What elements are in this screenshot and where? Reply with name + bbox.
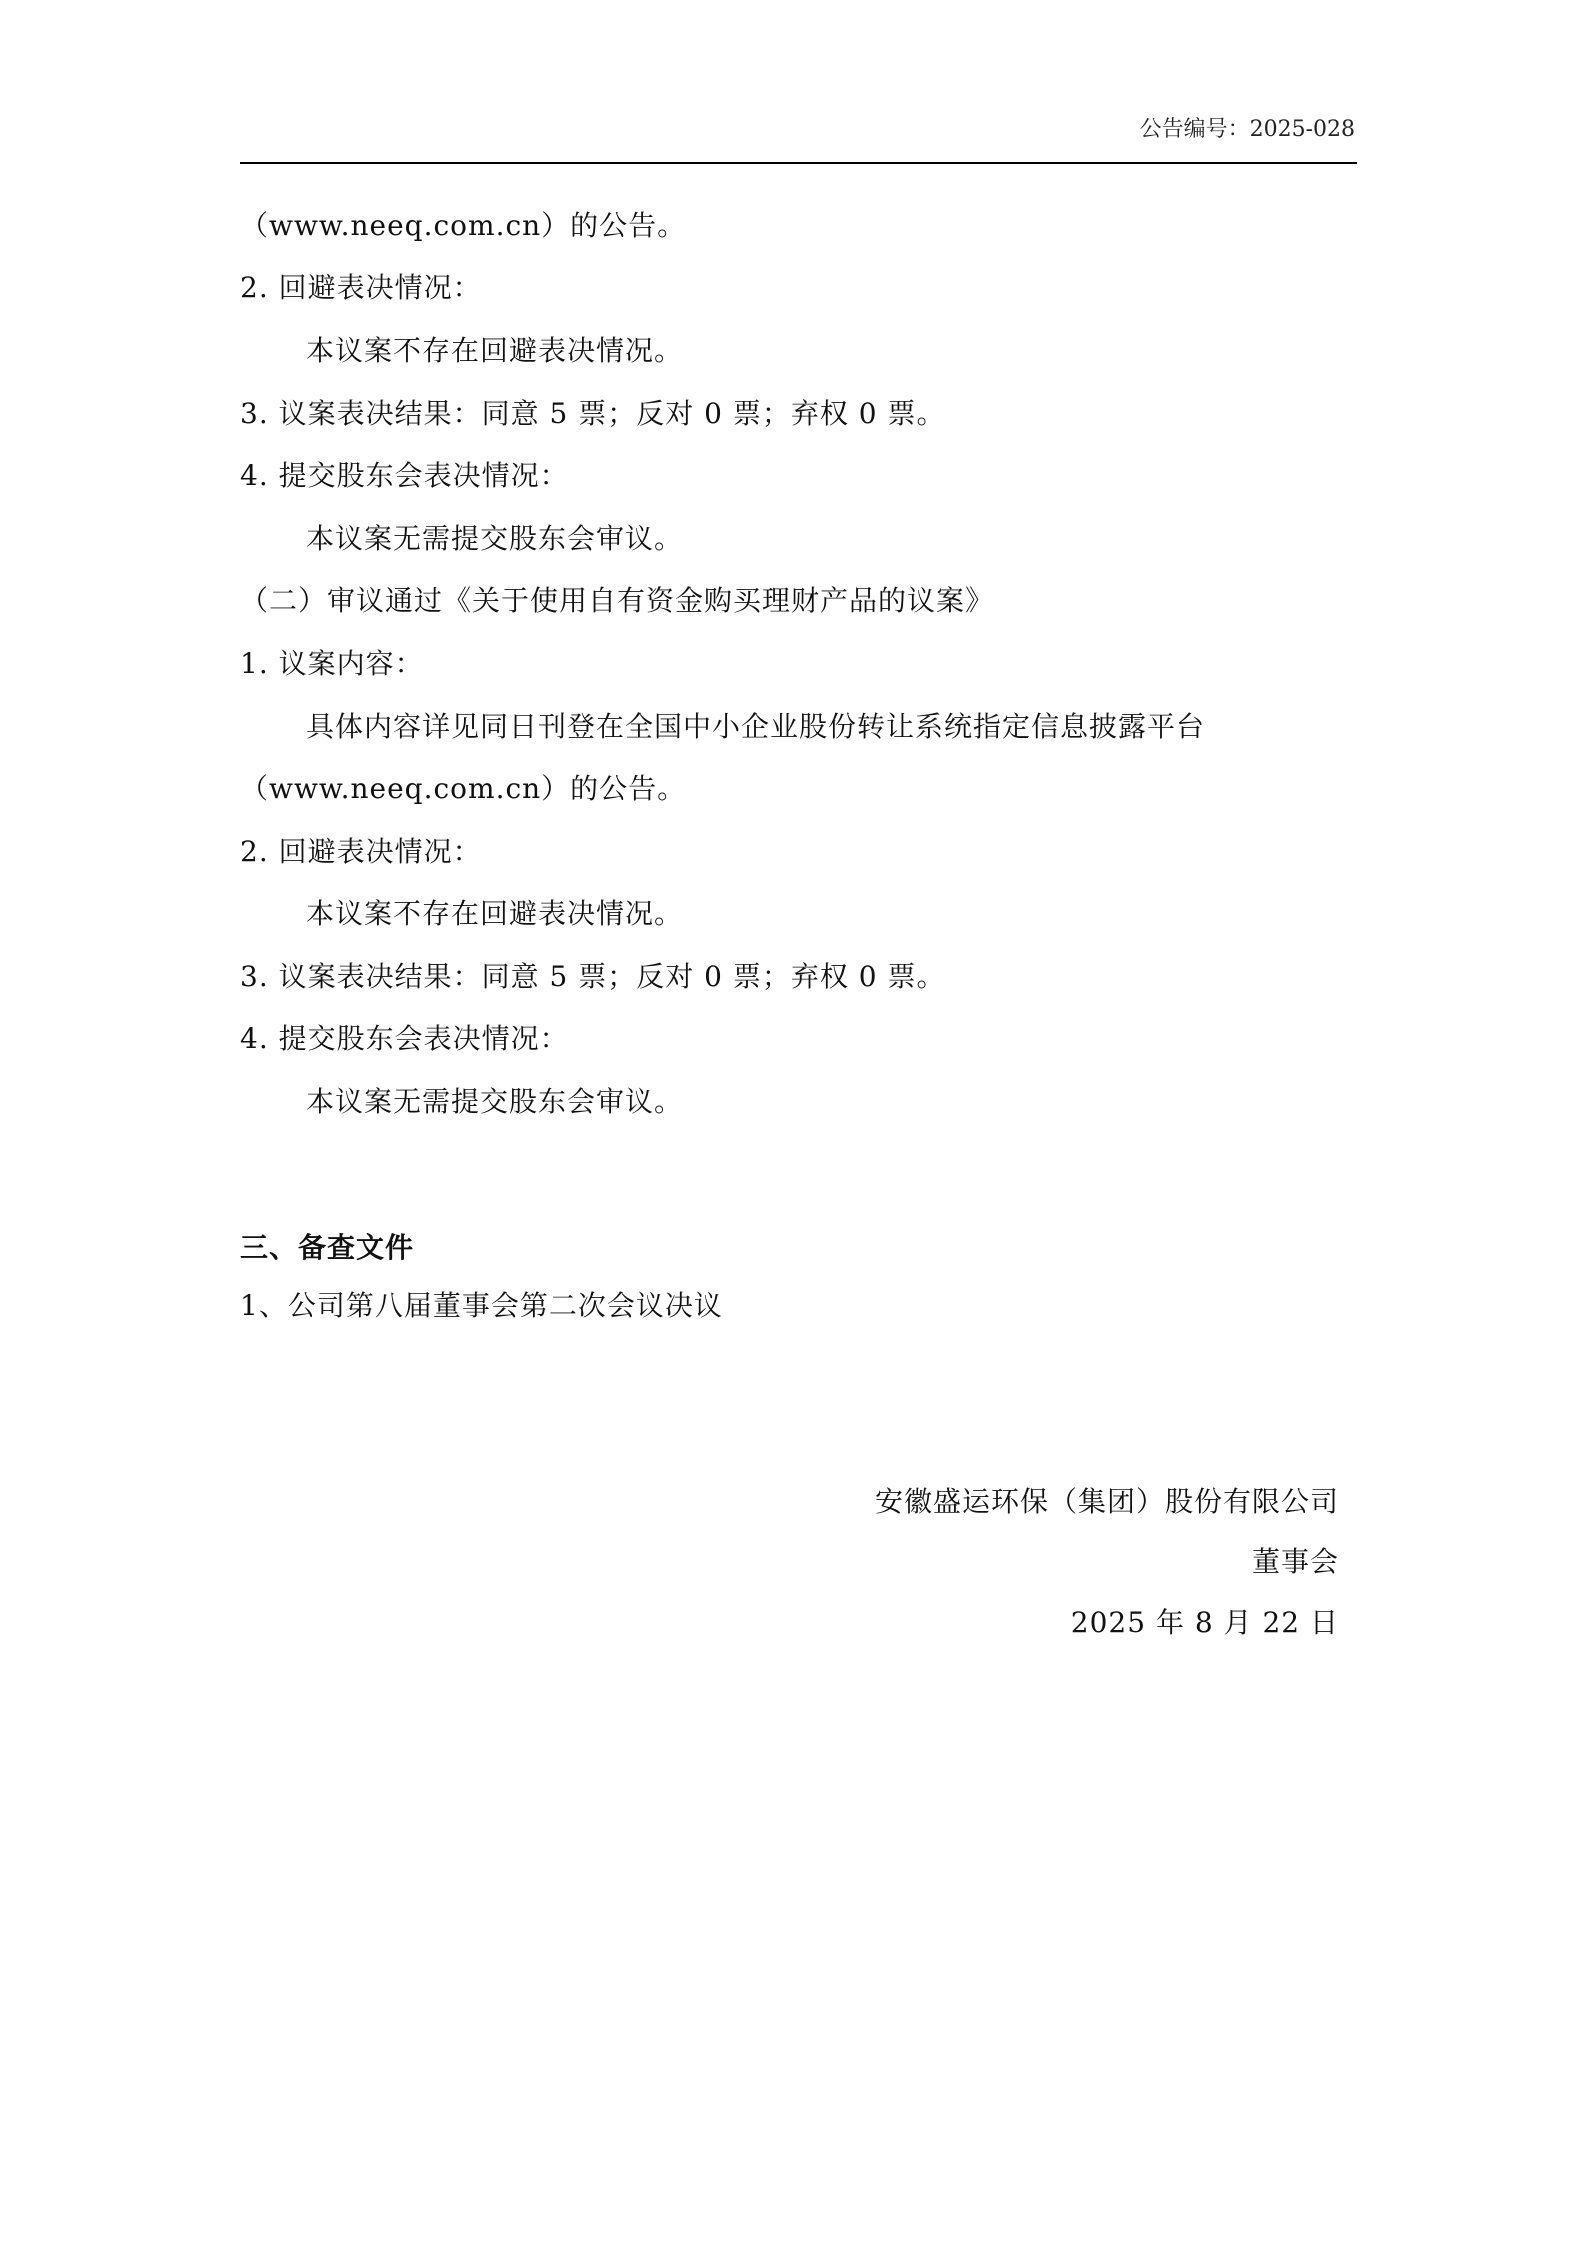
body-line: 2. 回避表决情况： (240, 834, 482, 870)
header-rule (240, 162, 1357, 164)
body-line: 4. 提交股东会表决情况： (240, 458, 569, 494)
signature-company: 安徽盛运环保（集团）股份有限公司 (875, 1484, 1339, 1520)
body-line: 3. 议案表决结果：同意 5 票；反对 0 票；弃权 0 票。 (240, 959, 945, 995)
signature-board: 董事会 (1252, 1544, 1339, 1580)
signature-date: 2025 年 8 月 22 日 (1071, 1605, 1339, 1641)
body-line: 具体内容详见同日刊登在全国中小企业股份转让系统指定信息披露平台 (306, 709, 1205, 745)
body-line: 2. 回避表决情况： (240, 270, 482, 306)
body-line: （www.neeq.com.cn）的公告。 (240, 771, 686, 807)
announcement-number: 公告编号：2025-028 (1140, 112, 1355, 143)
motion-title: （二）审议通过《关于使用自有资金购买理财产品的议案》 (240, 583, 994, 619)
body-line: 本议案无需提交股东会审议。 (306, 521, 683, 557)
body-line: 4. 提交股东会表决情况： (240, 1021, 569, 1057)
reference-doc-item: 1、公司第八届董事会第二次会议决议 (240, 1288, 723, 1324)
body-line: 3. 议案表决结果：同意 5 票；反对 0 票；弃权 0 票。 (240, 396, 945, 432)
body-line: 本议案无需提交股东会审议。 (306, 1084, 683, 1120)
body-line: 本议案不存在回避表决情况。 (306, 896, 683, 932)
body-line: 1. 议案内容： (240, 646, 424, 682)
body-line: 本议案不存在回避表决情况。 (306, 333, 683, 369)
section-title-reference-docs: 三、备查文件 (240, 1230, 414, 1266)
body-line: （www.neeq.com.cn）的公告。 (240, 208, 686, 244)
